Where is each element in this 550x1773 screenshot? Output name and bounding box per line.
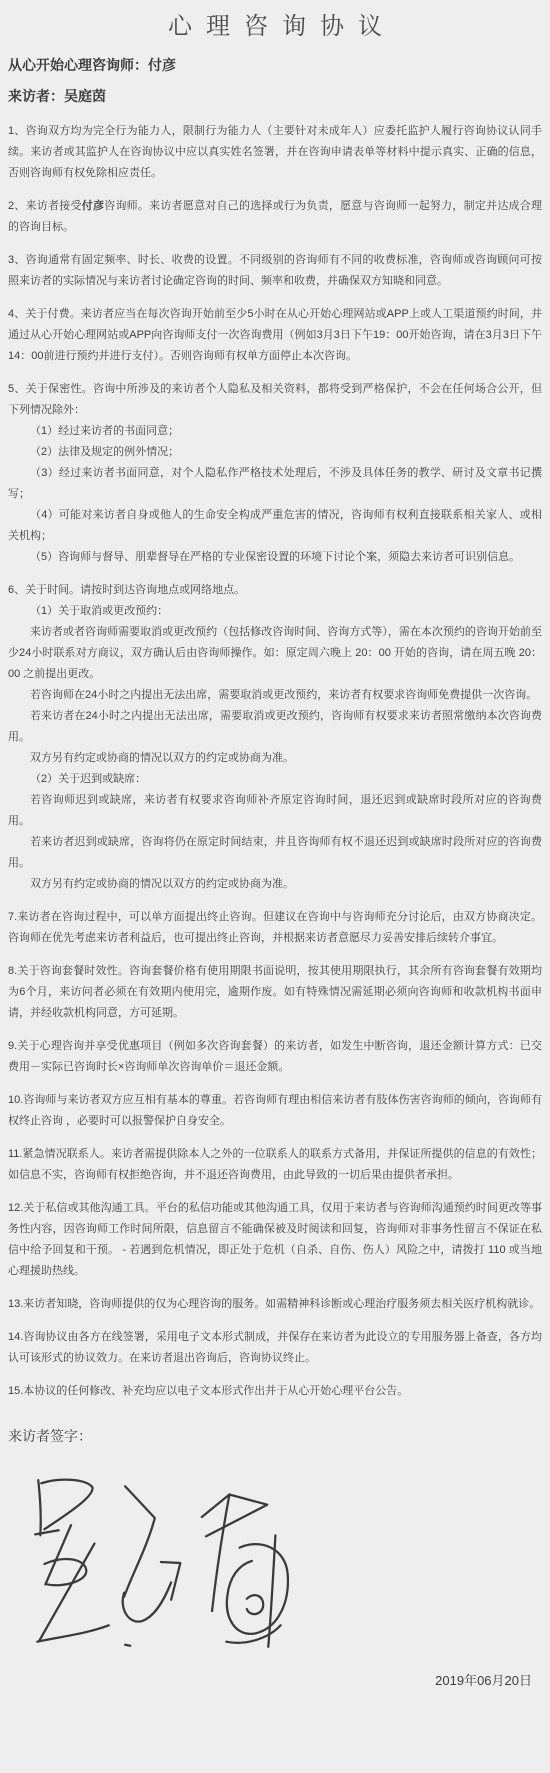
- paragraph: 5、关于保密性。咨询中所涉及的来访者个人隐私及相关资料，都将受到严格保护，不会在…: [8, 379, 542, 568]
- paragraph-line: 5、关于保密性。咨询中所涉及的来访者个人隐私及相关资料，都将受到严格保护，不会在…: [8, 379, 542, 421]
- paragraph-line: 若咨询师迟到或缺席，来访者有权要求咨询师补齐原定咨询时间，退还迟到或缺席时段所对…: [8, 790, 542, 832]
- visitor-signature-drawing: [34, 1472, 294, 1656]
- paragraph-line: （2）关于迟到或缺席：: [8, 769, 542, 790]
- paragraph-line: 若来访者迟到或缺席，咨询将仍在原定时间结束，并且咨询师有权不退还迟到或缺席时段所…: [8, 832, 542, 874]
- paragraph-line: （2）法律及规定的例外情况；: [8, 442, 542, 463]
- paragraph-line: 来访者或者咨询师需要取消或更改预约（包括修改咨询时间、咨询方式等），需在本次预约…: [8, 622, 542, 685]
- paragraph-line: 若来访者在24小时之内提出无法出席，需要取消或更改预约，咨询师有权要求来访者照常…: [8, 706, 542, 748]
- agreement-paragraphs: 1、咨询双方均为完全行为能力人，限制行为能力人（主要针对未成年人）应委托监护人履…: [8, 121, 542, 1402]
- paragraph-line: 2、来访者接受付彦咨询师。来访者愿意对自己的选择或行为负责，愿意与咨询师一起努力…: [8, 196, 542, 238]
- signature-label: 来访者签字：: [8, 1426, 542, 1446]
- paragraph-line: （5）咨询师与督导、朋辈督导在严格的专业保密设置的环境下讨论个案，须隐去来访者可…: [8, 547, 542, 568]
- visitor-line: 来访者：吴庭茵: [8, 87, 542, 105]
- paragraph: 1、咨询双方均为完全行为能力人，限制行为能力人（主要针对未成年人）应委托监护人履…: [8, 121, 542, 184]
- paragraph: 13.来访者知晓，咨询师提供的仅为心理咨询的服务。如需精神科诊断或心理治疗服务须…: [8, 1294, 542, 1315]
- paragraph-line: 11.紧急情况联系人。来访者需提供除本人之外的一位联系人的联系方式备用，并保证所…: [8, 1144, 542, 1186]
- paragraph-line: （1）经过来访者的书面同意；: [8, 421, 542, 442]
- signature-ink-icon: [34, 1472, 294, 1656]
- paragraph-line: 若咨询师在24小时之内提出无法出席，需要取消或更改预约，来访者有权要求咨询师免费…: [8, 685, 542, 706]
- paragraph: 12.关于私信或其他沟通工具。平台的私信功能或其他沟通工具，仅用于来访者与咨询师…: [8, 1198, 542, 1282]
- paragraph-line: 10.咨询师与来访者双方应互相有基本的尊重。若咨询师有理由相信来访者有肢体伤害咨…: [8, 1090, 542, 1132]
- paragraph-line: 1、咨询双方均为完全行为能力人，限制行为能力人（主要针对未成年人）应委托监护人履…: [8, 121, 542, 184]
- paragraph-line: 4、关于付费。来访者应当在每次咨询开始前至少5小时在从心开始心理网站或APP上或…: [8, 304, 542, 367]
- paragraph-line: 3、咨询通常有固定频率、时长、收费的设置。不同级别的咨询师有不同的收费标准，咨询…: [8, 250, 542, 292]
- paragraph-line: 双方另有约定或协商的情况以双方的约定或协商为准。: [8, 748, 542, 769]
- paragraph-line: 双方另有约定或协商的情况以双方的约定或协商为准。: [8, 874, 542, 895]
- agreement-document: 心理咨询协议 从心开始心理咨询师：付彦 来访者：吴庭茵 1、咨询双方均为完全行为…: [0, 0, 550, 1773]
- paragraph-line: 12.关于私信或其他沟通工具。平台的私信功能或其他沟通工具，仅用于来访者与咨询师…: [8, 1198, 542, 1282]
- paragraph-line: （4）可能对来访者自身或他人的生命安全构成严重危害的情况，咨询师有权利直接联系相…: [8, 505, 542, 547]
- paragraph: 8.关于咨询套餐时效性。咨询套餐价格有使用期限书面说明，按其使用期限执行，其余所…: [8, 961, 542, 1024]
- paragraph: 4、关于付费。来访者应当在每次咨询开始前至少5小时在从心开始心理网站或APP上或…: [8, 304, 542, 367]
- paragraph: 14.咨询协议由各方在线签署，采用电子文本形式制成，并保存在来访者为此设立的专用…: [8, 1327, 542, 1369]
- paragraph-line: 14.咨询协议由各方在线签署，采用电子文本形式制成，并保存在来访者为此设立的专用…: [8, 1327, 542, 1369]
- paragraph-line: 13.来访者知晓，咨询师提供的仅为心理咨询的服务。如需精神科诊断或心理治疗服务须…: [8, 1294, 542, 1315]
- paragraph: 15.本协议的任何修改、补充均应以电子文本形式作出并于从心开始心理平台公告。: [8, 1381, 542, 1402]
- paragraph: 7.来访者在咨询过程中，可以单方面提出终止咨询。但建议在咨询中与咨询师充分讨论后…: [8, 907, 542, 949]
- paragraph-line: 7.来访者在咨询过程中，可以单方面提出终止咨询。但建议在咨询中与咨询师充分讨论后…: [8, 907, 542, 949]
- paragraph: 2、来访者接受付彦咨询师。来访者愿意对自己的选择或行为负责，愿意与咨询师一起努力…: [8, 196, 542, 238]
- paragraph-line: 6、关于时间。请按时到达咨询地点或网络地点。: [8, 580, 542, 601]
- paragraph-line: （1）关于取消或更改预约：: [8, 601, 542, 622]
- paragraph-line: 9.关于心理咨询并享受优惠项目（例如多次咨询套餐）的来访者，如发生中断咨询，退还…: [8, 1036, 542, 1078]
- paragraph: 3、咨询通常有固定频率、时长、收费的设置。不同级别的咨询师有不同的收费标准，咨询…: [8, 250, 542, 292]
- paragraph: 6、关于时间。请按时到达咨询地点或网络地点。（1）关于取消或更改预约：来访者或者…: [8, 580, 542, 895]
- counselor-line: 从心开始心理咨询师：付彦: [8, 56, 542, 74]
- paragraph: 9.关于心理咨询并享受优惠项目（例如多次咨询套餐）的来访者，如发生中断咨询，退还…: [8, 1036, 542, 1078]
- paragraph: 10.咨询师与来访者双方应互相有基本的尊重。若咨询师有理由相信来访者有肢体伤害咨…: [8, 1090, 542, 1132]
- paragraph: 11.紧急情况联系人。来访者需提供除本人之外的一位联系人的联系方式备用，并保证所…: [8, 1144, 542, 1186]
- paragraph-line: 8.关于咨询套餐时效性。咨询套餐价格有使用期限书面说明，按其使用期限执行，其余所…: [8, 961, 542, 1024]
- paragraph-line: （3）经过来访者书面同意，对个人隐私作严格技术处理后，不涉及具体任务的教学、研讨…: [8, 463, 542, 505]
- signature-date: 2019年06月20日: [8, 1670, 542, 1689]
- paragraph-line: 15.本协议的任何修改、补充均应以电子文本形式作出并于从心开始心理平台公告。: [8, 1381, 542, 1402]
- page-title: 心理咨询协议: [8, 0, 542, 41]
